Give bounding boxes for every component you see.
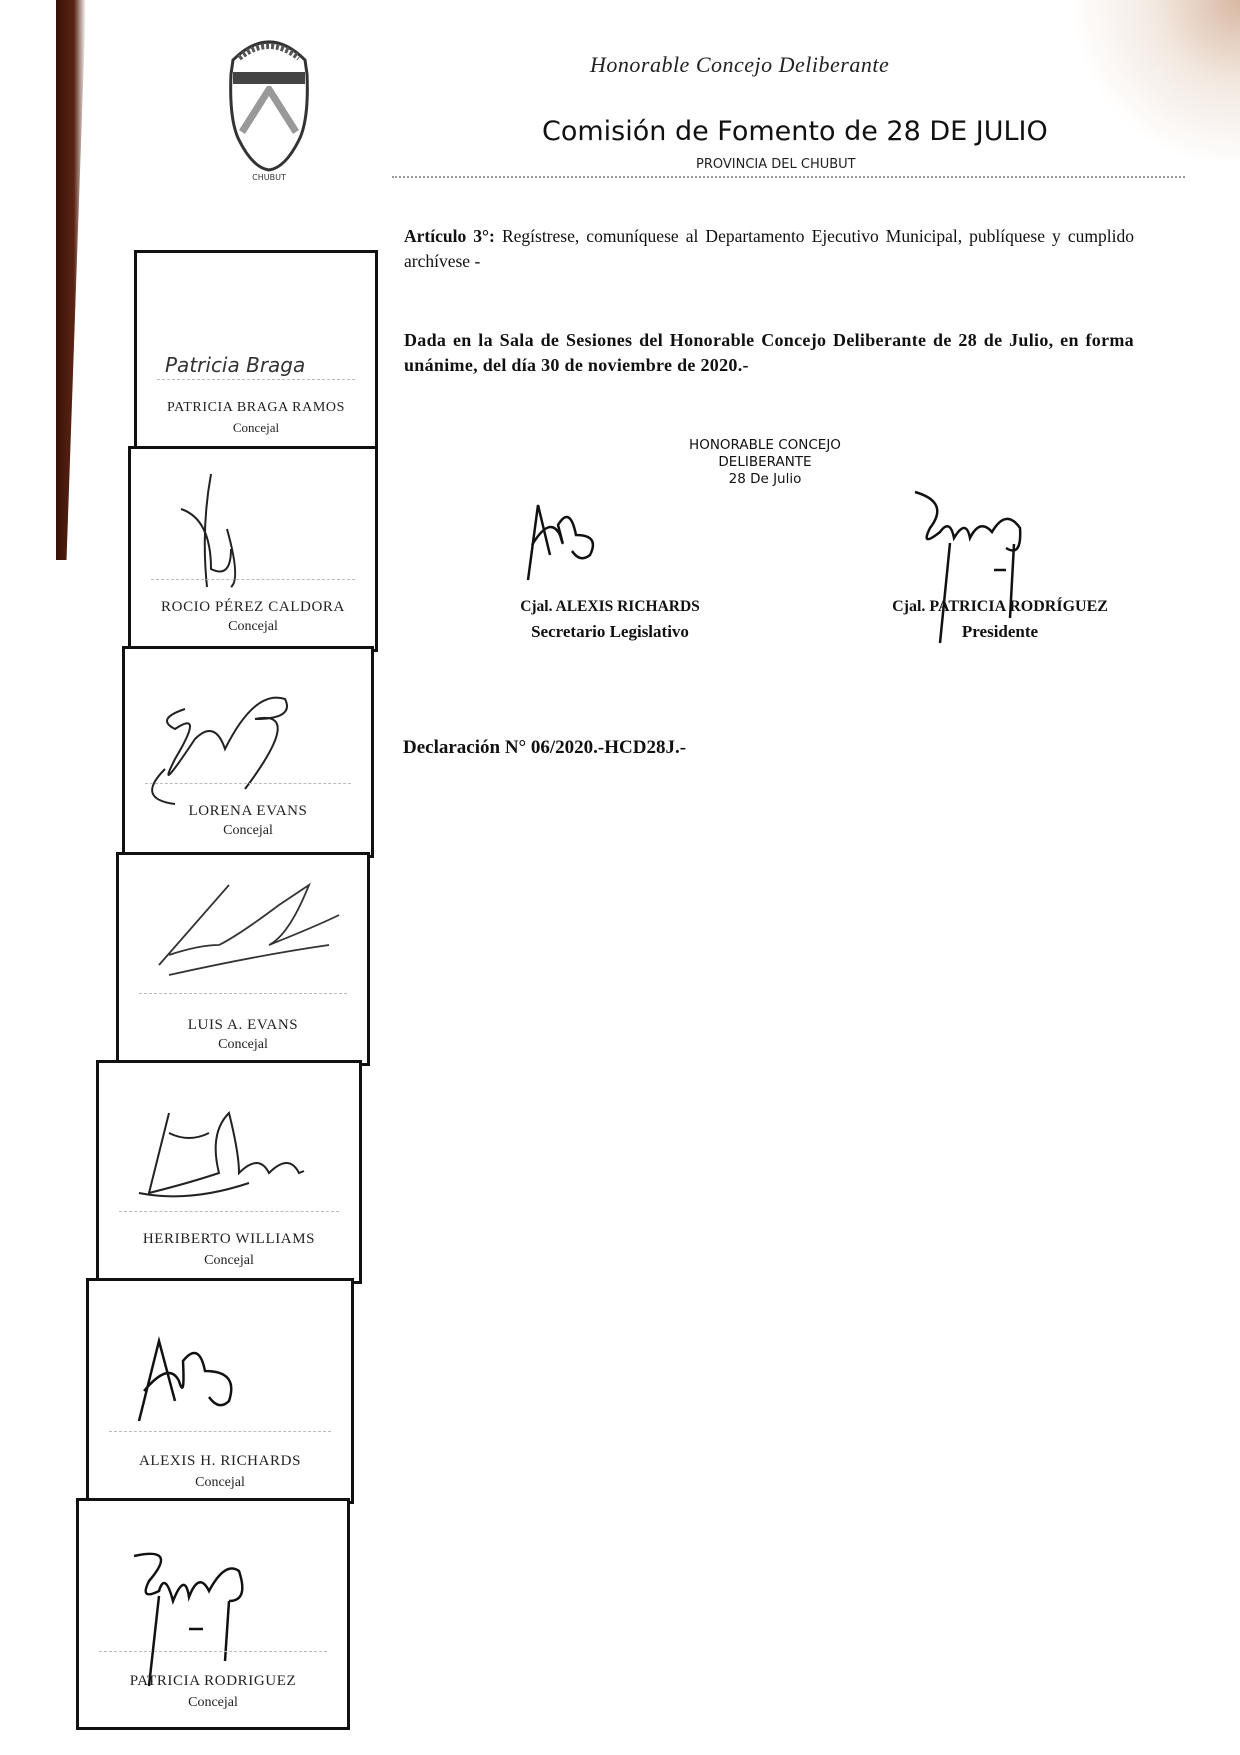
signature-scribble [129,1331,259,1431]
page-title: Comisión de Fomento de 28 DE JULIO [542,116,1048,147]
declaration-number: Declaración N° 06/2020.-HCD28J.- [403,737,686,759]
signatory-position: Secretario Legislativo [470,619,750,644]
stamp-line: DELIBERANTE [650,454,880,471]
councilor-role: Concejal [137,420,375,436]
stamp-line: 28 De Julio [650,471,880,488]
signatory-secretary: Cjal. ALEXIS RICHARDS Secretario Legisla… [470,594,750,644]
councilor-box: ROCIO PÉREZ CALDORA Concejal [128,446,378,652]
councilor-role: Concejal [79,1695,347,1711]
province-subtitle: PROVINCIA DEL CHUBUT [696,157,856,172]
signature-scribble [139,875,349,985]
council-script-title: Honorable Concejo Deliberante [590,52,889,78]
councilor-name: PATRICIA RODRIGUEZ [79,1673,347,1690]
paper-stain [1060,0,1240,160]
councilor-name: PATRICIA BRAGA RAMOS [137,400,375,416]
header-divider [392,176,1185,178]
svg-text:CHUBUT: CHUBUT [252,173,286,180]
councilor-box: LORENA EVANS Concejal [122,646,374,858]
councilor-box: Patricia Braga PATRICIA BRAGA RAMOS Conc… [134,250,378,452]
scan-edge-shadow [56,0,86,560]
councilor-role: Concejal [89,1475,351,1491]
councilor-name: ROCIO PÉREZ CALDORA [131,599,375,616]
signatory-position: Presidente [850,619,1150,644]
signature-scribble [171,469,291,589]
councilor-name: ALEXIS H. RICHARDS [89,1453,351,1470]
article-paragraph: Artículo 3°: Regístrese, comuníquese al … [404,224,1134,274]
signatory-president: Cjal. PATRICIA RODRÍGUEZ Presidente [850,594,1150,644]
signature-scribble [510,495,610,585]
councilor-role: Concejal [131,619,375,635]
municipal-crest-icon: CHUBUT [218,30,320,180]
signature-scribble [129,1541,269,1691]
article-label: Artículo 3°: [404,226,495,246]
signature-scribble [135,679,315,809]
article-text: Regístrese, comuníquese al Departamento … [404,226,1134,271]
councilor-box: ALEXIS H. RICHARDS Concejal [86,1278,354,1504]
signatory-name: Cjal. ALEXIS RICHARDS [470,594,750,619]
given-paragraph: Dada en la Sala de Sesiones del Honorabl… [404,328,1134,378]
councilor-name: LUIS A. EVANS [119,1017,367,1034]
councilor-name: LORENA EVANS [125,803,371,820]
councilor-box: LUIS A. EVANS Concejal [116,852,370,1066]
signatory-name: Cjal. PATRICIA RODRÍGUEZ [850,594,1150,619]
councilor-role: Concejal [99,1253,359,1269]
councilor-role: Concejal [119,1037,367,1053]
councilor-box: PATRICIA RODRIGUEZ Concejal [76,1498,350,1730]
signature-scribble [129,1093,329,1203]
councilor-name: HERIBERTO WILLIAMS [99,1231,359,1248]
councilor-box: HERIBERTO WILLIAMS Concejal [96,1060,362,1284]
council-stamp: HONORABLE CONCEJO DELIBERANTE 28 De Juli… [650,437,880,488]
councilor-role: Concejal [125,823,371,839]
stamp-line: HONORABLE CONCEJO [650,437,880,454]
handwritten-signature: Patricia Braga [165,353,305,377]
